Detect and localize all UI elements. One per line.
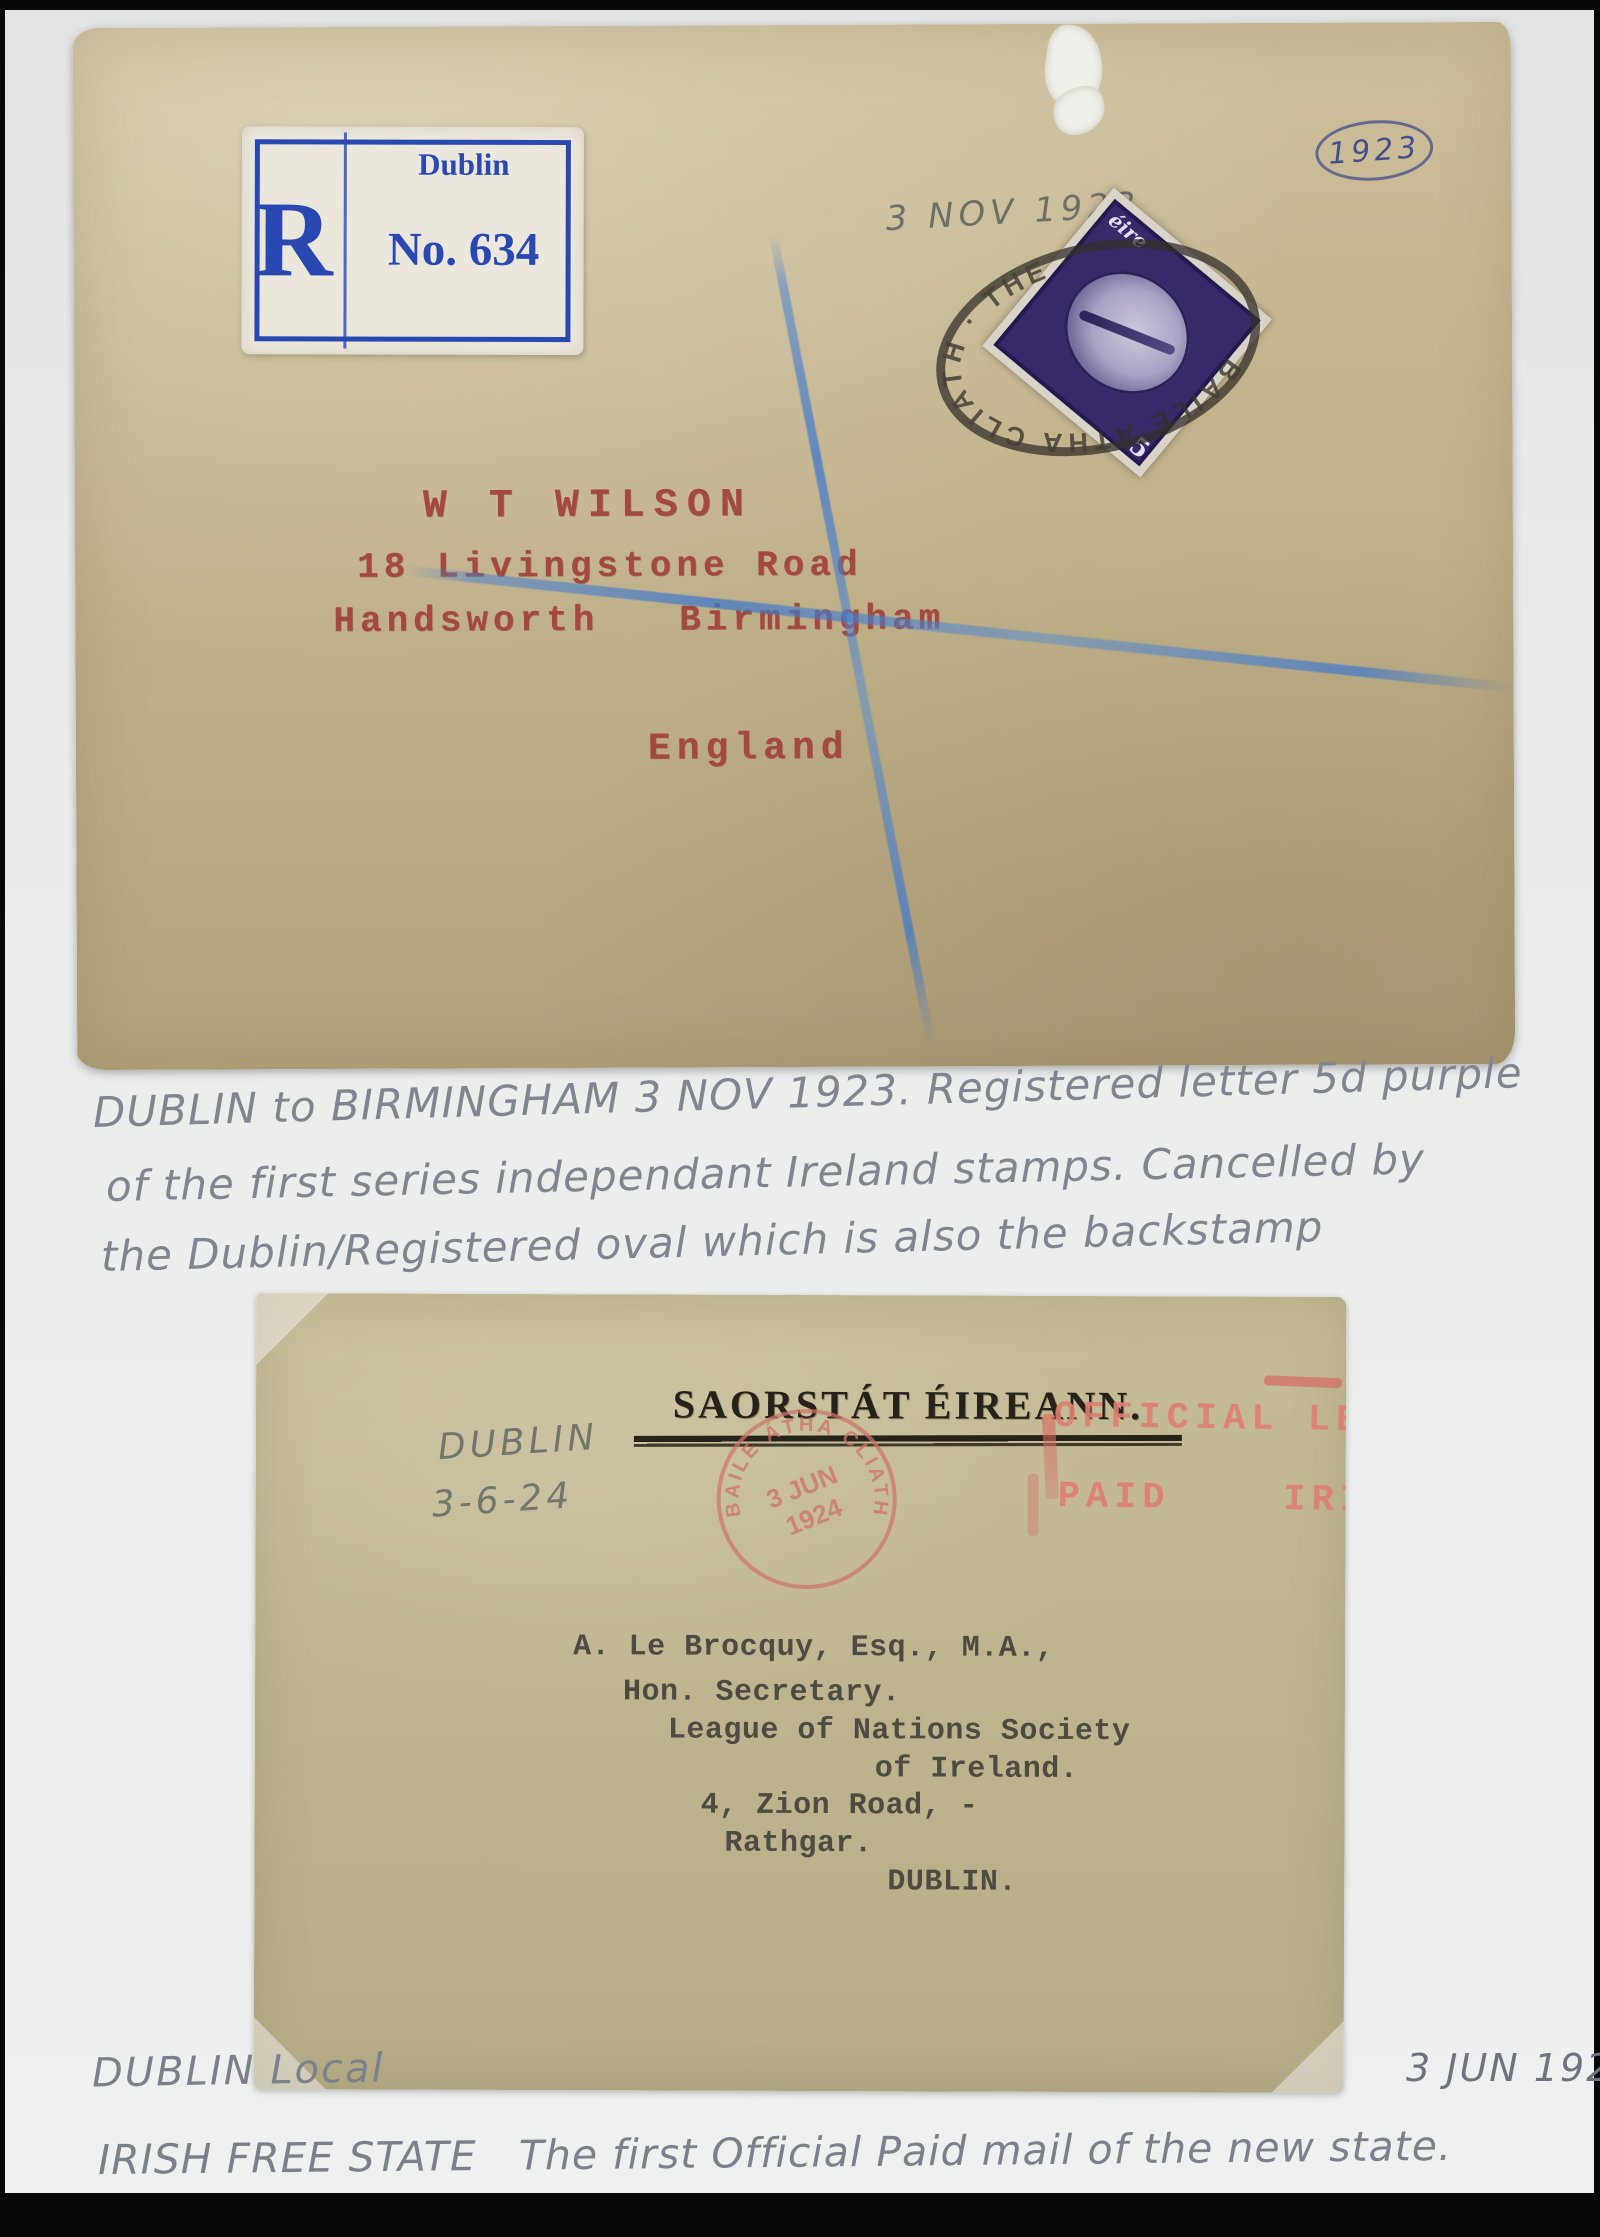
recipient-organisation-2: of Ireland. xyxy=(875,1752,1079,1787)
registration-label: R Dublin No. 634 xyxy=(241,126,584,355)
addressee-name: W T WILSON xyxy=(423,483,753,529)
pencil-place-note: DUBLIN xyxy=(437,1417,600,1469)
crayon-cross-stroke-vertical xyxy=(769,234,936,1046)
oval-postmark-text: BAILE ÁTHA CLIATH · THE · xyxy=(913,212,1258,489)
caption-bottom-left: DUBLIN Local xyxy=(92,2045,385,2096)
recipient-organisation: League of Nations Society xyxy=(668,1714,1131,1750)
registration-letter: R xyxy=(247,130,340,350)
svg-text:BAILE ÁTHA CLIATH · THE ·: BAILE ÁTHA CLIATH · THE · xyxy=(913,212,1258,489)
recipient-district: Rathgar. xyxy=(724,1827,872,1862)
registration-number: No. 634 xyxy=(348,222,580,277)
meter-mark-line-1: OFFICIAL LEARN xyxy=(1054,1396,1347,1444)
circled-year-note: 1923 xyxy=(1313,116,1435,185)
envelope-registered-1923: R Dublin No. 634 3 NOV 1923 éire 5 BAILE… xyxy=(73,22,1516,1070)
meter-mark-bar xyxy=(1264,1375,1342,1388)
meter-mark-line-2: PAID IRISH xyxy=(1057,1476,1346,1523)
photo-corner-mount xyxy=(254,1293,330,1367)
caption-bottom-right-date: 3 JUN 192 xyxy=(1406,2046,1600,2090)
recipient-city: DUBLIN. xyxy=(887,1865,1017,1899)
circled-year-text: 1923 xyxy=(1327,130,1422,172)
registration-label-divider xyxy=(343,132,347,348)
registration-office: Dublin xyxy=(348,146,580,183)
recipient-street: 4, Zion Road, - xyxy=(701,1789,979,1824)
photo-corner-mount xyxy=(1270,2019,1346,2093)
envelope-official-paid-1924: SAORSTÁT ÉIREANN. DUBLIN 3-6-24 BAILE ÁT… xyxy=(254,1293,1347,2093)
addressee-country: England xyxy=(648,727,850,771)
recipient-title: Hon. Secretary. xyxy=(623,1675,901,1710)
addressee-street: 18 Livingstone Road xyxy=(357,545,863,588)
album-photo: R Dublin No. 634 3 NOV 1923 éire 5 BAILE… xyxy=(0,0,1600,2237)
pencil-date-note: 3-6-24 xyxy=(430,1475,574,1525)
recipient-name: A. Le Brocquy, Esq., M.A., xyxy=(573,1630,1054,1666)
meter-mark-bar xyxy=(1028,1474,1039,1536)
